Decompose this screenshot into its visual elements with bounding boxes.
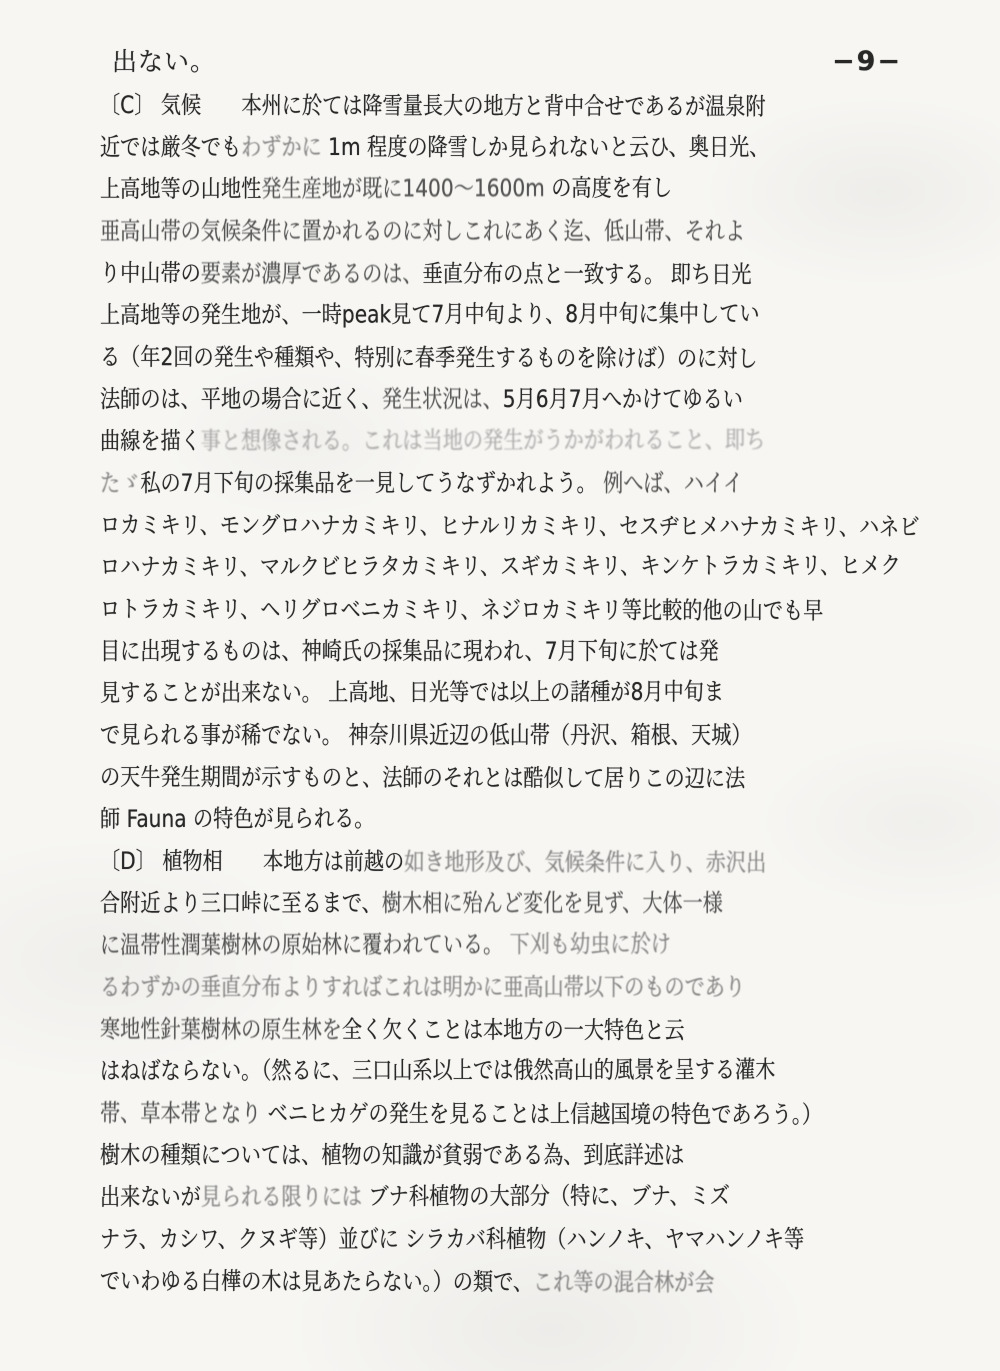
handwritten-line: 樹木の種類については、植物の知識が貧弱である為、到底詳述は <box>100 1134 856 1176</box>
handwritten-text-segment: 5月6月7月へかけてゆるい <box>503 385 743 413</box>
handwritten-text-segment: 出来ないが <box>100 1183 201 1211</box>
handwritten-text-segment: ロカミキリ、モングロハナカミキリ、ヒナルリカミキリ、セスヂヒメハナカミキリ、ハネ… <box>100 511 920 541</box>
handwritten-line: 〔C〕 気候 本州に於ては降雪量長大の地方と背中合せであるが温泉附 <box>100 84 856 128</box>
handwritten-line: ロハナカミキリ、マルクビヒラタカミキリ、スギカミキリ、キンケトラカミキリ、ヒメク <box>100 544 856 588</box>
handwritten-text-segment: 帯、草本帯となり <box>100 1099 261 1127</box>
handwritten-text-segment: 事と想像される。これは当地の発生がうかがわれること、即ち <box>201 426 766 455</box>
manuscript-body: 〔C〕 気候 本州に於ては降雪量長大の地方と背中合せであるが温泉附近では厳冬でも… <box>100 84 1000 1302</box>
handwritten-text-segment: 1m 程度の降雪しか見られないと云ひ、奥日光、 <box>322 133 770 161</box>
handwritten-text-segment: ベニヒカゲの発生を見ることは上信越国境の特色であろう。） <box>261 1099 822 1128</box>
handwritten-line: ロトラカミキリ、ヘリグロベニカミキリ、ネジロカミキリ等比較的他の山でも早 <box>100 588 856 632</box>
handwritten-text-segment: 合附近より三口峠に至るまで、 <box>100 889 382 917</box>
handwritten-text-segment: 〔C〕 気候 <box>100 91 201 119</box>
handwritten-text-segment: 上高地等の山地性 <box>100 175 261 203</box>
handwritten-text-segment: 寒地性針葉樹林の原生林を <box>100 1015 342 1044</box>
handwritten-text-segment: ブナ科植物の大部分（特に、ブナ、ミズ <box>362 1182 730 1211</box>
handwritten-text-segment: 如き地形及び、気候条件に入り、赤沢出 <box>404 848 766 877</box>
handwritten-text-segment: 俄然高山的風景を呈する灌木 <box>513 1056 775 1085</box>
handwritten-text-segment: る（年2回の発生や種類や、特別に春季発生するものを除けば）のに対し <box>100 343 758 373</box>
handwritten-text-segment: に温帯性潤葉樹林の原始林に覆われている。 <box>100 930 503 959</box>
handwritten-line: 法師のは、平地の場合に近く、発生状況は、5月6月7月へかけてゆるい <box>100 378 856 420</box>
handwritten-text-segment: の天牛発生期間が示すものと、法師のそれとは酷似して居りこの辺に法 <box>100 763 745 793</box>
handwritten-line: でいわゆる白樺の木は見あたらない。）の類で、これ等の混合林が会 <box>100 1260 856 1304</box>
handwritten-line: に温帯性潤葉樹林の原始林に覆われている。 下刈も幼虫に於け <box>100 922 856 966</box>
handwritten-text-segment: 目に出現するものは、神崎氏の採集品に現われ、7月下旬に於ては発 <box>100 637 719 665</box>
handwritten-text-segment: 要素が濃厚であるのは、 <box>201 259 423 288</box>
handwritten-text-segment: 本州に於ては降雪量長大の地方と背中合せであるが温泉附 <box>201 91 766 120</box>
page-number: −9− <box>832 46 902 77</box>
handwritten-text-segment: ナラ、カシワ、クヌギ等）並びに シラカバ科植物（ハンノキ、ヤマハンノキ等 <box>100 1225 804 1253</box>
handwritten-text-segment: 近では厳冬でも <box>100 133 241 161</box>
handwritten-text-segment: 本地方は前越の <box>223 847 404 875</box>
handwritten-line: り中山帯の要素が濃厚であるのは、垂直分布の点と一致する。 即ち日光 <box>100 252 856 296</box>
handwritten-text-segment: の高度を有し <box>545 174 672 202</box>
handwritten-text-segment: 法師のは、平地の場合に近く、 <box>100 385 382 413</box>
handwritten-line: る（年2回の発生や種類や、特別に春季発生するものを除けば）のに対し <box>100 336 856 380</box>
handwritten-line: 寒地性針葉樹林の原生林を全く欠くことは本地方の一大特色と云 <box>100 1008 856 1052</box>
handwritten-text-segment: 師 Fauna の特色が見られる。 <box>100 804 374 833</box>
handwritten-text-segment: ロトラカミキリ、ヘリグロベニカミキリ、ネジロカミキリ等比較的他の山でも早 <box>100 595 823 625</box>
handwritten-line: 上高地等の山地性発生産地が既に1400〜1600m の高度を有し <box>100 166 856 210</box>
handwritten-line: 師 Fauna の特色が見られる。 <box>100 796 856 840</box>
handwritten-line: ロカミキリ、モングロハナカミキリ、ヒナルリカミキリ、セスヂヒメハナカミキリ、ハネ… <box>100 504 856 548</box>
handwritten-line: 上高地等の発生地が、一時peak見て7月中旬より、8月中旬に集中してい <box>100 292 856 336</box>
handwritten-text-segment: 下刈も幼虫に於け <box>503 930 671 958</box>
handwritten-text-segment: 〔D〕 植物相 <box>100 847 223 875</box>
handwritten-text-segment: でいわゆる白樺の木は見あたらない。）の類で、 <box>100 1267 533 1296</box>
carryover-text: 出ない。 <box>112 47 216 76</box>
handwritten-line: はねばならない。（然るに、三口山系以上では俄然高山的風景を呈する灌木 <box>100 1048 856 1092</box>
handwritten-text-segment: ロハナカミキリ、マルクビヒラタカミキリ、スギカミキリ、キンケトラカミキリ、ヒメク <box>100 551 901 581</box>
handwritten-line: 曲線を描く事と想像される。これは当地の発生がうかがわれること、即ち <box>100 418 856 462</box>
handwritten-text-segment: 上高地等の発生地が、一時peak見て7月中旬より、8月中旬に集中してい <box>100 300 760 329</box>
handwritten-line: 亜高山帯の気候条件に置かれるのに対しこれにあく迄、低山帯、それよ <box>100 210 856 252</box>
handwritten-text-segment: 見られる限りには <box>201 1182 362 1210</box>
handwritten-text-segment: 曲線を描く <box>100 427 201 455</box>
handwritten-text-segment: るわずかの垂直分布よりすればこれは明かに亜高山帯以下のものであり <box>100 973 745 1001</box>
handwritten-text-segment: 亜高山帯の気候条件に置かれるのに対しこれにあく迄、低山帯、それよ <box>100 217 745 245</box>
handwritten-text-segment: 例へば、ハイイ <box>603 469 743 497</box>
handwritten-text-segment: 垂直分布の点と一致する。 即ち日光 <box>423 260 752 289</box>
handwritten-text-segment: 私の7月下旬の採集品を一見してうなずかれよう。 <box>140 469 603 497</box>
handwritten-text-segment: 発生産地が既に1400〜1600m <box>261 174 545 203</box>
handwritten-text-segment: 見することが出来ない。 上高地、日光等では以上の諸種が8月中旬ま <box>100 678 724 707</box>
handwritten-line: で見られる事が稀でない。 神奈川県近辺の低山帯（丹沢、箱根、天城） <box>100 714 856 756</box>
handwritten-line: 合附近より三口峠に至るまで、樹木相に殆んど変化を見ず、大体一様 <box>100 882 856 924</box>
handwritten-line: 帯、草本帯となり ベニヒカゲの発生を見ることは上信越国境の特色であろう。） <box>100 1092 856 1136</box>
handwritten-text-segment: 樹木の種類については、植物の知識が貧弱である為、到底詳述は <box>100 1141 684 1169</box>
handwritten-text-segment: これ等の混合林が会 <box>533 1268 714 1296</box>
handwritten-line: たゞ私の7月下旬の採集品を一見してうなずかれよう。 例へば、ハイイ <box>100 462 856 504</box>
scanned-document-page: 出ない。 −9− 〔C〕 気候 本州に於ては降雪量長大の地方と背中合せであるが温… <box>0 0 1000 1371</box>
handwritten-text-segment: り中山帯の <box>100 259 201 287</box>
handwritten-line: 〔D〕 植物相 本地方は前越の如き地形及び、気候条件に入り、赤沢出 <box>100 840 856 884</box>
handwritten-line: 近では厳冬でもわずかに 1m 程度の降雪しか見られないと云ひ、奥日光、 <box>100 126 856 168</box>
handwritten-text-segment: わずかに <box>241 133 322 161</box>
handwritten-text-segment: 全く欠くことは本地方の一大特色と云 <box>342 1016 685 1045</box>
handwritten-text-segment: たゞ <box>100 469 140 497</box>
handwritten-line: ナラ、カシワ、クヌギ等）並びに シラカバ科植物（ハンノキ、ヤマハンノキ等 <box>100 1218 856 1260</box>
handwritten-text-segment: 樹木相に殆んど変化を見ず、大体一様 <box>382 889 723 917</box>
handwritten-text-segment: 発生状況は、 <box>382 385 503 413</box>
handwritten-text-segment: はねばならない。（然るに、三口山系以上では <box>100 1056 513 1085</box>
handwritten-line: るわずかの垂直分布よりすればこれは明かに亜高山帯以下のものであり <box>100 966 856 1008</box>
handwritten-line: の天牛発生期間が示すものと、法師のそれとは酷似して居りこの辺に法 <box>100 756 856 800</box>
handwritten-text-segment: で見られる事が稀でない。 神奈川県近辺の低山帯（丹沢、箱根、天城） <box>100 721 752 749</box>
handwritten-line: 見することが出来ない。 上高地、日光等では以上の諸種が8月中旬ま <box>100 670 856 714</box>
page-header: 出ない。 −9− <box>112 42 930 78</box>
handwritten-line: 出来ないが見られる限りには ブナ科植物の大部分（特に、ブナ、ミズ <box>100 1174 856 1218</box>
handwritten-line: 目に出現するものは、神崎氏の採集品に現われ、7月下旬に於ては発 <box>100 630 856 672</box>
